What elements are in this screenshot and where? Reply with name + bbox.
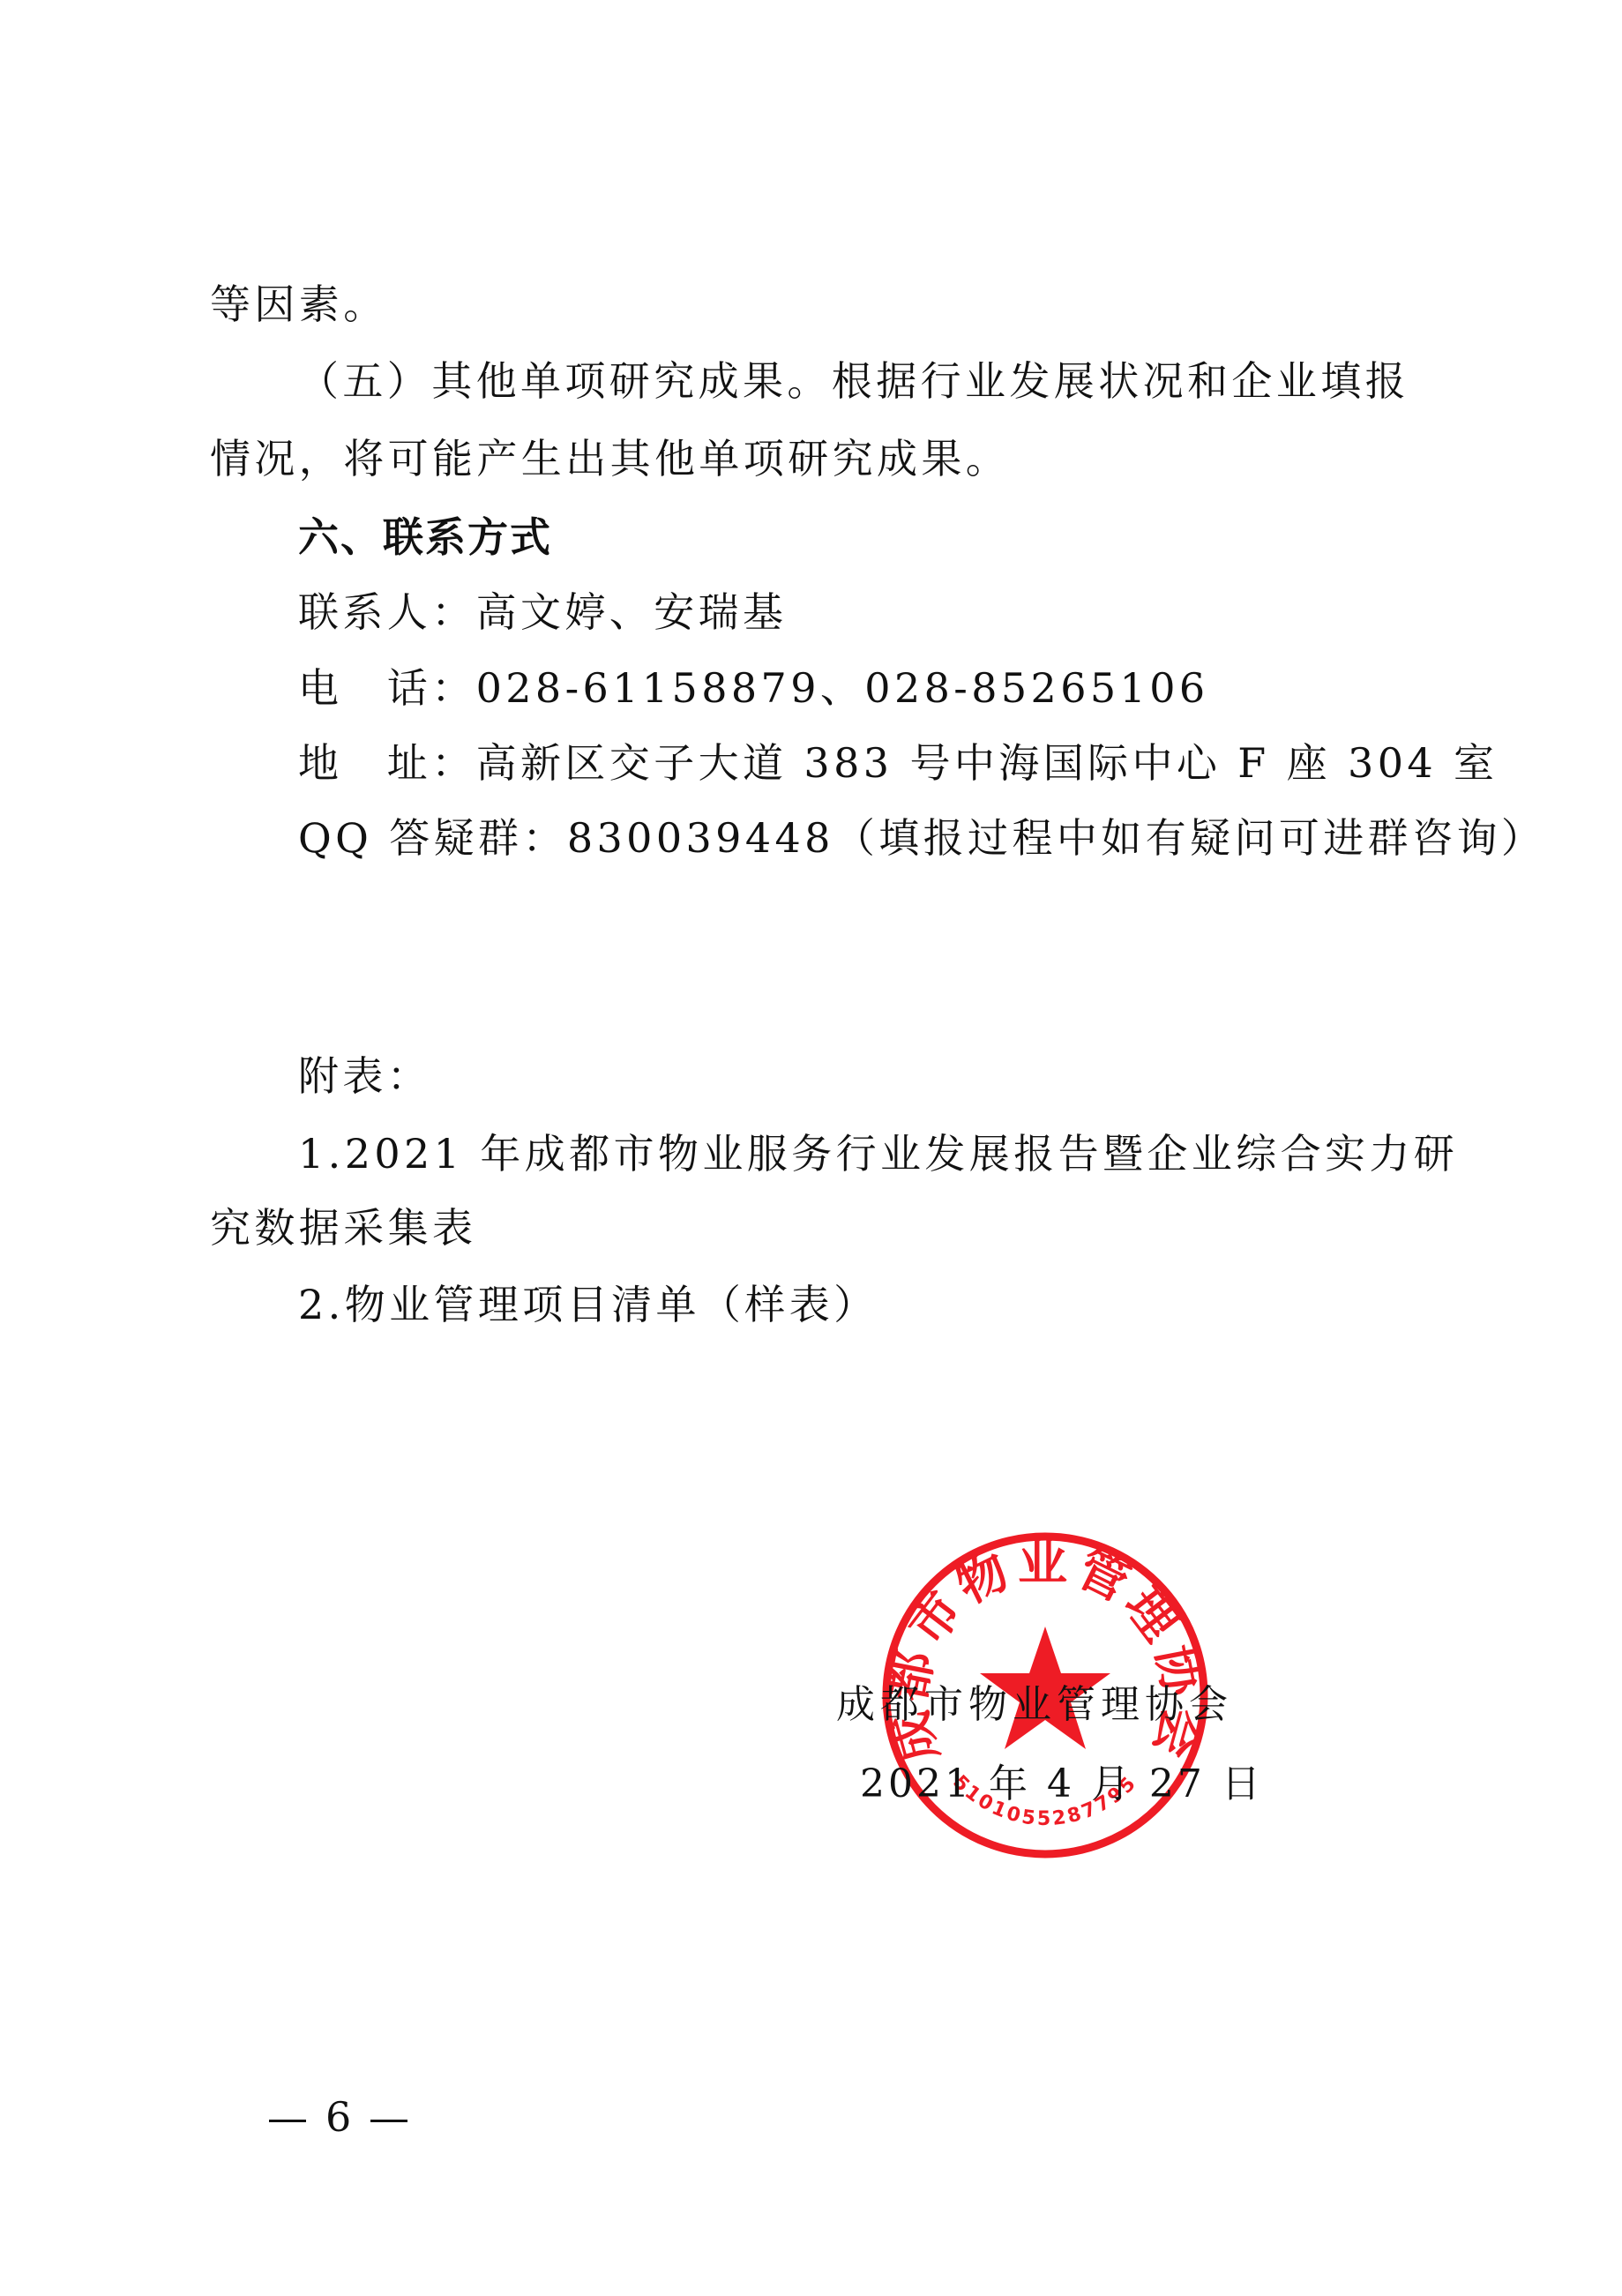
attachment-item-1: 1.2021 年成都市物业服务行业发展报告暨企业综合实力研 — [298, 1127, 1458, 1180]
attachment-item-2: 2.物业管理项目清单（样表） — [298, 1278, 878, 1331]
paragraph-text: 情况，将可能产生出其他单项研究成果。 — [210, 432, 1010, 485]
page-number: 6 — [250, 2095, 427, 2139]
section-heading: 六、联系方式 — [298, 511, 552, 564]
page-number-dash-right — [370, 2120, 407, 2122]
contact-address: 地 址：高新区交子大道 383 号中海国际中心 F 座 304 室 — [298, 737, 1498, 789]
contact-qq-group: QQ 答疑群：830039448（填报过程中如有疑问可进群咨询） — [298, 811, 1545, 864]
signature-date: 2021 年 4 月 27 日 — [860, 1760, 1264, 1809]
page-number-value: 6 — [325, 2093, 351, 2141]
signature-organization: 成都市物业管理协会 — [836, 1680, 1233, 1730]
contact-person: 联系人：高文婷、安瑞基 — [298, 586, 787, 639]
page-number-dash-left — [269, 2120, 306, 2122]
paragraph-text: 等因素。 — [210, 278, 388, 331]
contact-phone: 电 话：028-61158879、028-85265106 — [298, 662, 1209, 714]
attachments-label: 附表： — [298, 1050, 431, 1103]
paragraph-text: （五）其他单项研究成果。根据行业发展状况和企业填报 — [298, 355, 1409, 408]
attachment-item-1-continued: 究数据采集表 — [210, 1201, 476, 1254]
